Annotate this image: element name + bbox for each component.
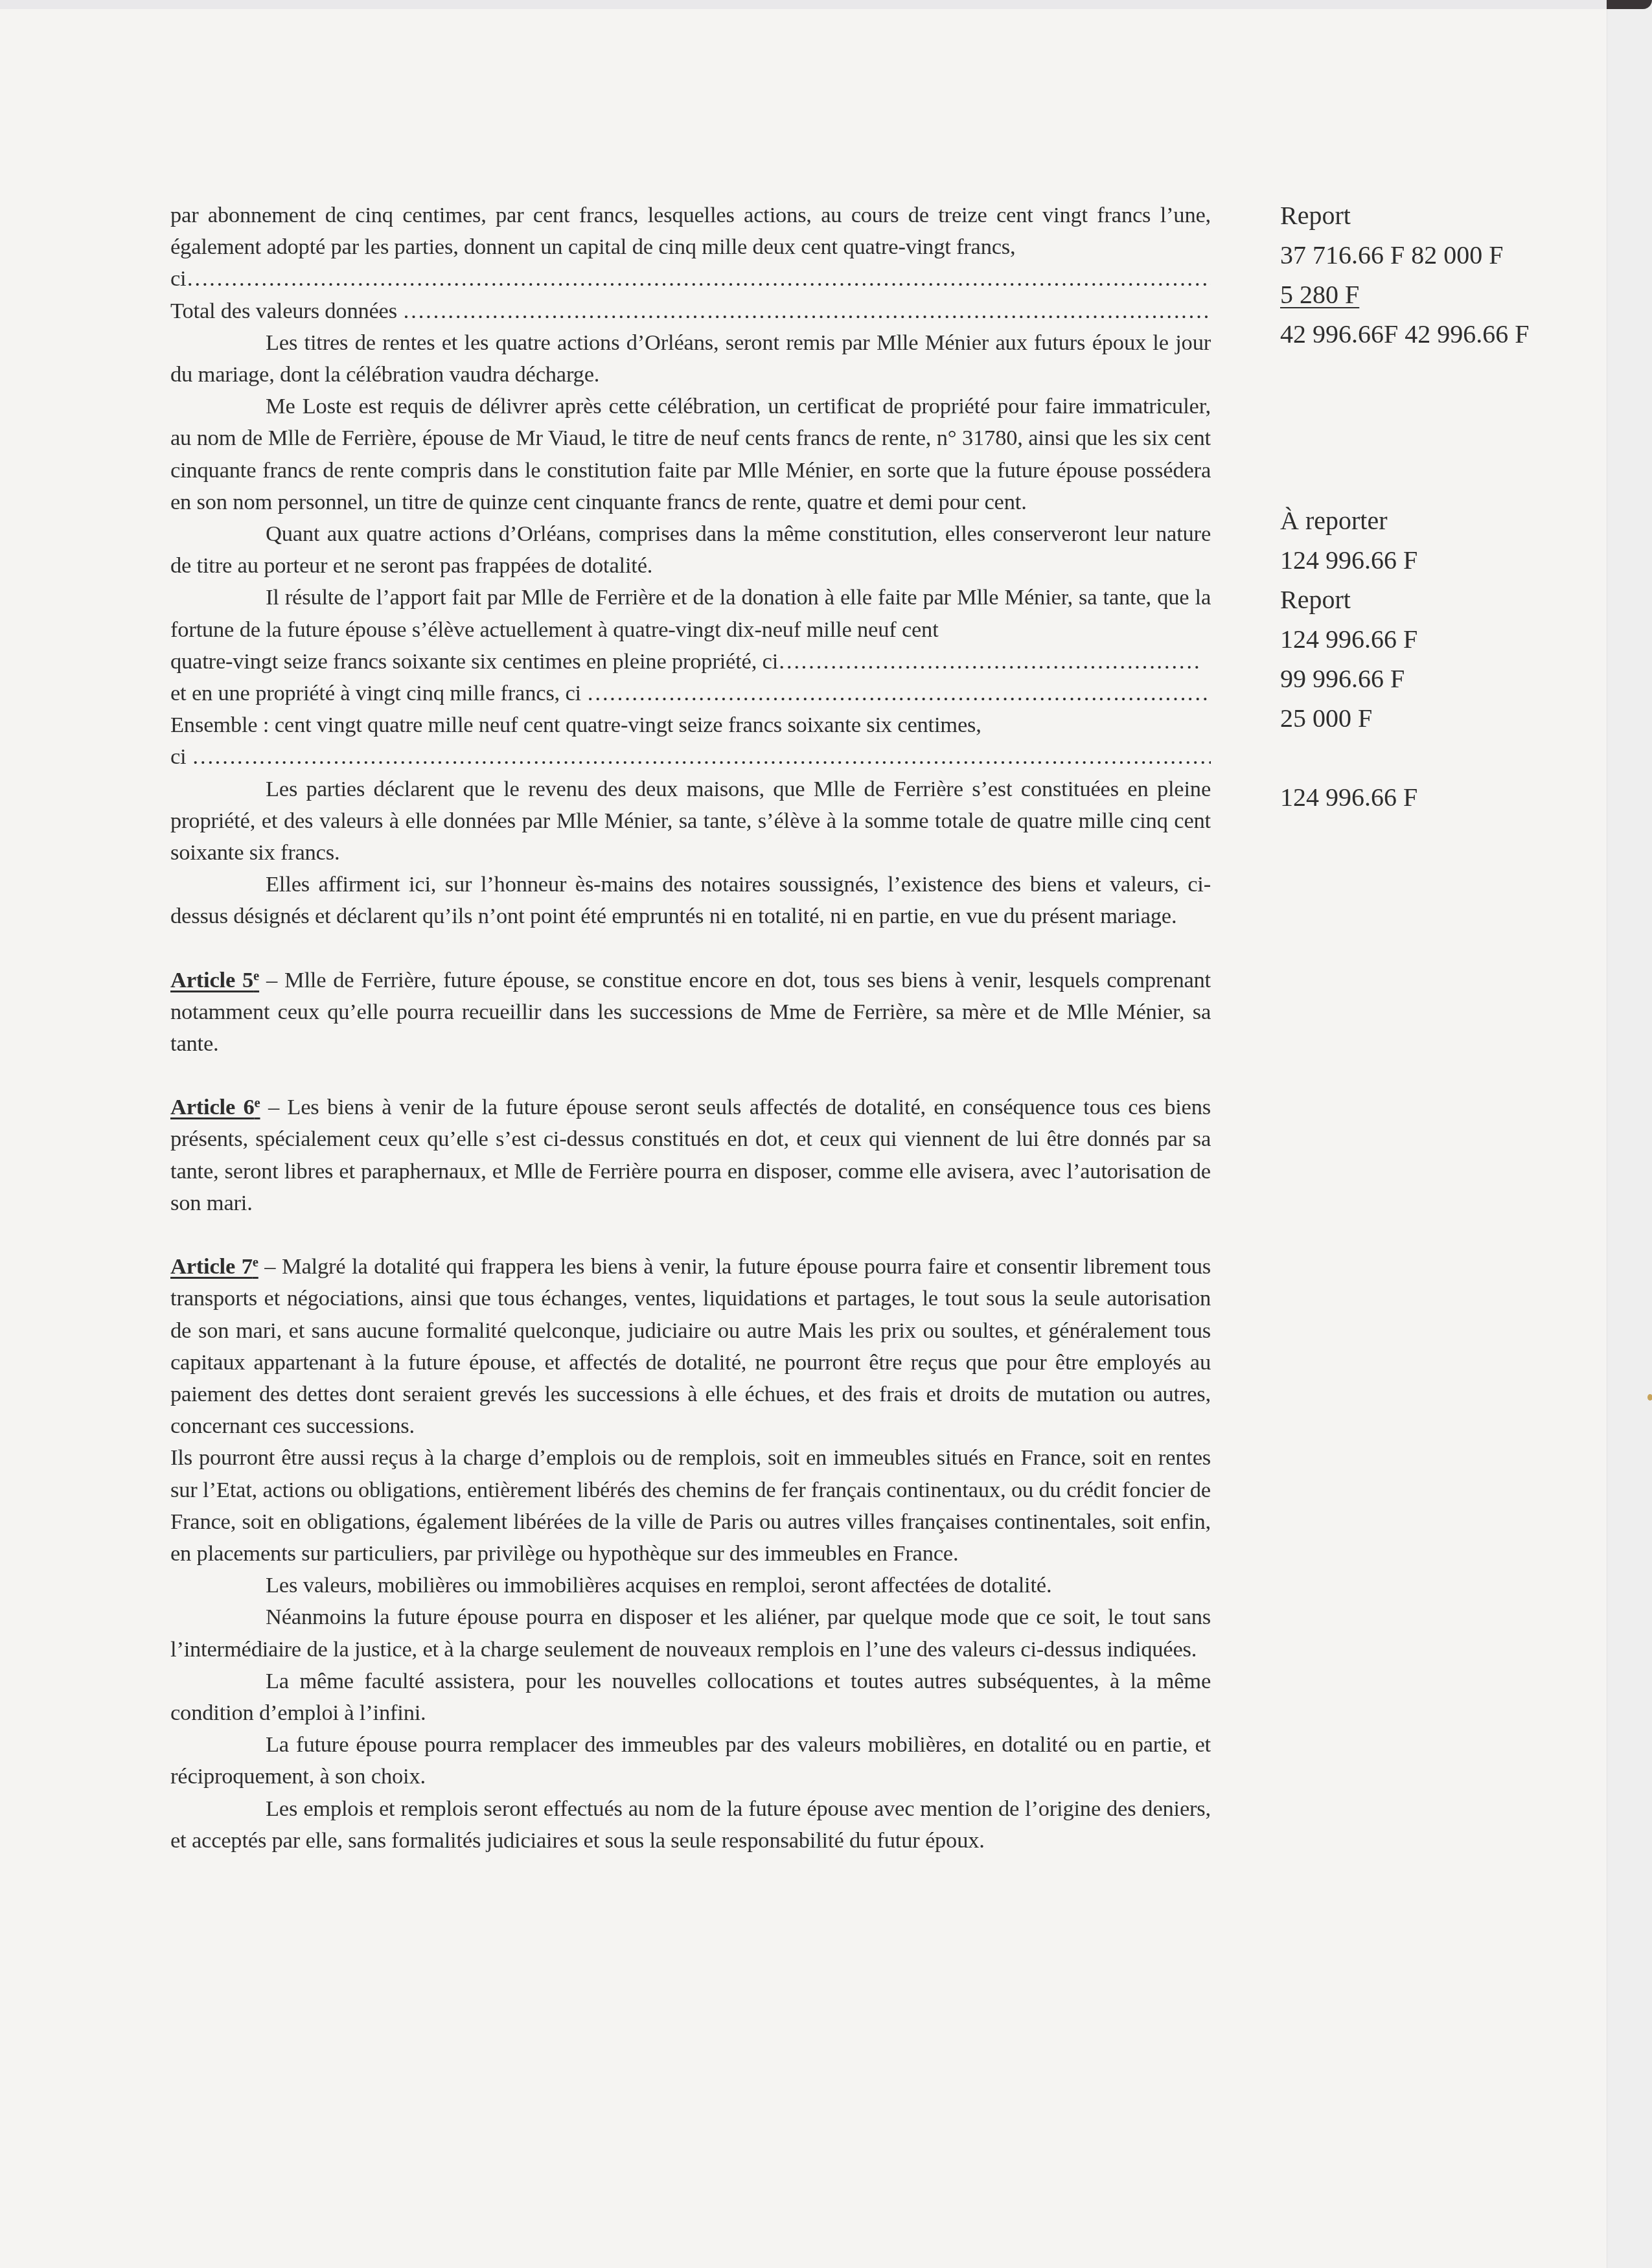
paragraph-revenu: Les parties déclarent que le revenu des … — [170, 773, 1211, 869]
ci-leader-line: ci……………………………………………………………………………………………………… — [170, 263, 1211, 295]
paragraph-remplacer-immeubles: La future épouse pourra remplacer des im… — [170, 1729, 1211, 1793]
article-5: Article 5e – Mlle de Ferrière, future ép… — [170, 965, 1211, 1060]
ensemble-ci-line: ci …………………………………………………………………………………………………… — [170, 741, 1211, 773]
margin-amount-underlined: 5 280 F — [1280, 280, 1359, 309]
scanner-lid-shadow — [1607, 0, 1652, 9]
paragraph-origine-deniers: Les emplois et remplois seront effectués… — [170, 1793, 1211, 1857]
total-valeurs-line: Total des valeurs données ……………………………………… — [170, 295, 1211, 327]
margin-accounts-top: Report 37 716.66 F 82 000 F 5 280 F 42 9… — [1280, 196, 1604, 354]
paragraph-actions-capital: par abonnement de cinq centimes, par cen… — [170, 200, 1211, 263]
article-6-heading: Article 6e — [170, 1095, 260, 1119]
margin-report-label: Report — [1280, 196, 1604, 235]
margin-propriete-value: 25 000 F — [1280, 698, 1604, 738]
margin-a-reporter-label: À reporter — [1280, 501, 1604, 540]
ensemble-line: Ensemble : cent vingt quatre mille neuf … — [170, 709, 1211, 741]
margin-report-value: 124 996.66 F — [1280, 619, 1604, 659]
paragraph-fortune: Il résulte de l’apport fait par Mlle de … — [170, 582, 1211, 645]
paper-stain — [1647, 1394, 1652, 1401]
article-7: Article 7e – Malgré la dotalité qui frap… — [170, 1251, 1211, 1442]
paragraph-affirmation: Elles affirment ici, sur l’honneur ès-ma… — [170, 869, 1211, 932]
article-7-heading: Article 7e — [170, 1254, 258, 1279]
propriete-line: et en une propriété à vingt cinq mille f… — [170, 678, 1211, 709]
paragraph-certificat: Me Loste est requis de délivrer après ce… — [170, 391, 1211, 518]
paragraph-titres-rentes: Les titres de rentes et les quatre actio… — [170, 327, 1211, 391]
paragraph-meme-faculte: La même faculté assistera, pour les nouv… — [170, 1666, 1211, 1729]
paragraph-valeurs-remploi: Les valeurs, mobilières ou immobilières … — [170, 1570, 1211, 1601]
paragraph-actions-orleans: Quant aux quatre actions d’Orléans, comp… — [170, 518, 1211, 582]
margin-ensemble-total: 124 996.66 F — [1280, 777, 1604, 817]
paragraph-neanmoins: Néanmoins la future épouse pourra en dis… — [170, 1601, 1211, 1665]
article-6: Article 6e – Les biens à venir de la fut… — [170, 1092, 1211, 1219]
contract-body-text: par abonnement de cinq centimes, par cen… — [170, 200, 1211, 1857]
margin-pleine-propriete-value: 99 996.66 F — [1280, 659, 1604, 698]
scan-top-strip — [0, 0, 1607, 9]
margin-report-label-2: Report — [1280, 580, 1604, 619]
margin-amount-line: 37 716.66 F 82 000 F — [1280, 235, 1604, 275]
margin-accounts-bottom: À reporter 124 996.66 F Report 124 996.6… — [1280, 501, 1604, 817]
paragraph-emplois-remplois: Ils pourront être aussi reçus à la charg… — [170, 1442, 1211, 1570]
margin-a-reporter-value: 124 996.66 F — [1280, 540, 1604, 580]
pleine-propriete-line: quatre-vingt seize francs soixante six c… — [170, 646, 1211, 678]
scanner-bed-edge — [1607, 0, 1652, 2268]
margin-total-line: 42 996.66F 42 996.66 F — [1280, 314, 1604, 354]
article-5-heading: Article 5e — [170, 968, 259, 992]
